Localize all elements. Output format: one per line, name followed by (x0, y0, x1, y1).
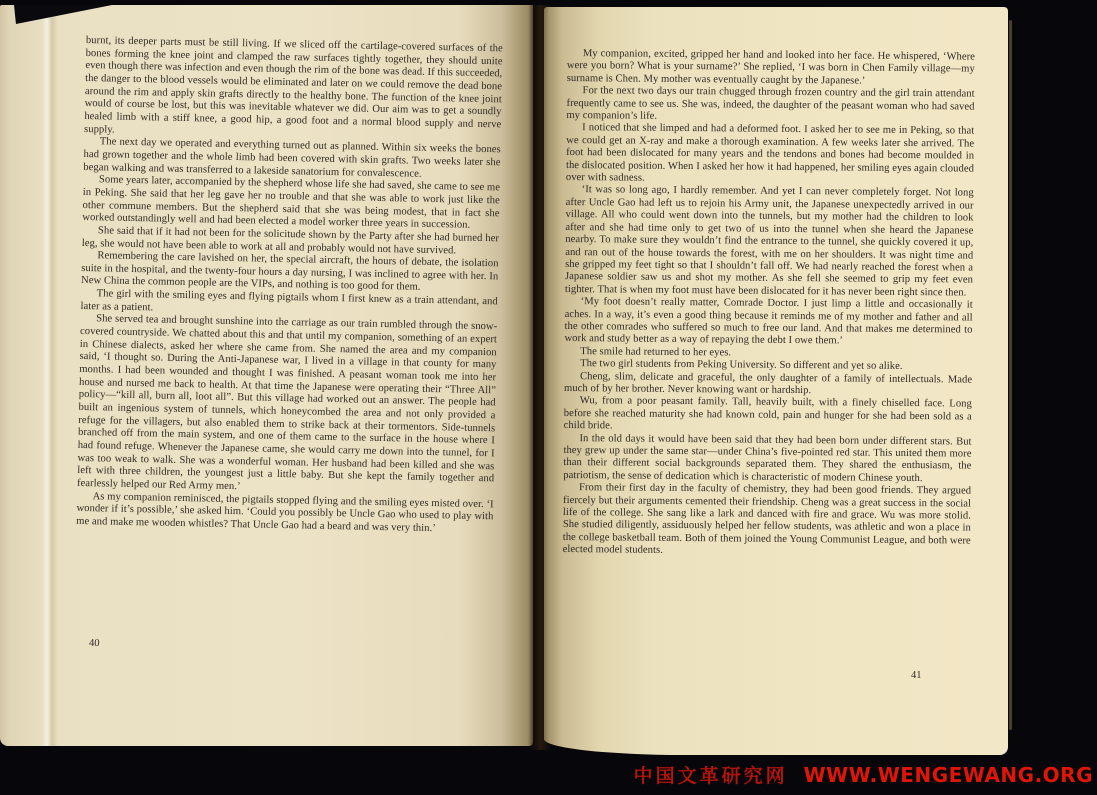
watermark-site-url: WWW.WENGEWANG.ORG (804, 763, 1093, 787)
left-page-text: burnt, its deeper parts must be still li… (76, 35, 503, 537)
paragraph: Wu, from a poor peasant family. Tall, he… (564, 395, 972, 436)
paragraph: She served tea and brought sunshine into… (77, 313, 497, 499)
right-page: My companion, excited, gripped her hand … (544, 7, 1008, 755)
page-corner-shadow (14, 5, 112, 24)
page-stack-edge (1009, 20, 1012, 730)
watermark: 中国文革研究网WWW.WENGEWANG.ORG (0, 761, 1093, 788)
book-scan-photo: burnt, its deeper parts must be still li… (0, 0, 1097, 795)
paragraph: My companion, excited, gripped her hand … (567, 48, 975, 89)
paragraph: ‘My foot doesn’t really matter, Comrade … (564, 296, 972, 349)
right-page-text: My companion, excited, gripped her hand … (563, 48, 975, 560)
paragraph: As my companion reminisced, the pigtails… (76, 491, 494, 537)
paragraph: Cheng, slim, delicate and graceful, the … (564, 371, 972, 399)
left-page-number: 40 (89, 638, 100, 649)
paragraph: ‘It was so long ago, I hardly remember. … (565, 184, 974, 299)
paragraph: For the next two days our train chugged … (566, 85, 974, 126)
paragraph: I noticed that she limped and had a defo… (566, 122, 975, 188)
left-page: burnt, its deeper parts must be still li… (0, 5, 533, 746)
paragraph: In the old days it would have been said … (563, 433, 971, 486)
paragraph: From their first day in the faculty of c… (563, 482, 972, 560)
paragraph: Some years later, accompanied by the she… (82, 174, 500, 233)
watermark-site-name: 中国文革研究网 (634, 765, 788, 787)
paragraph: burnt, its deeper parts must be still li… (84, 35, 503, 145)
right-page-number: 41 (911, 670, 922, 681)
